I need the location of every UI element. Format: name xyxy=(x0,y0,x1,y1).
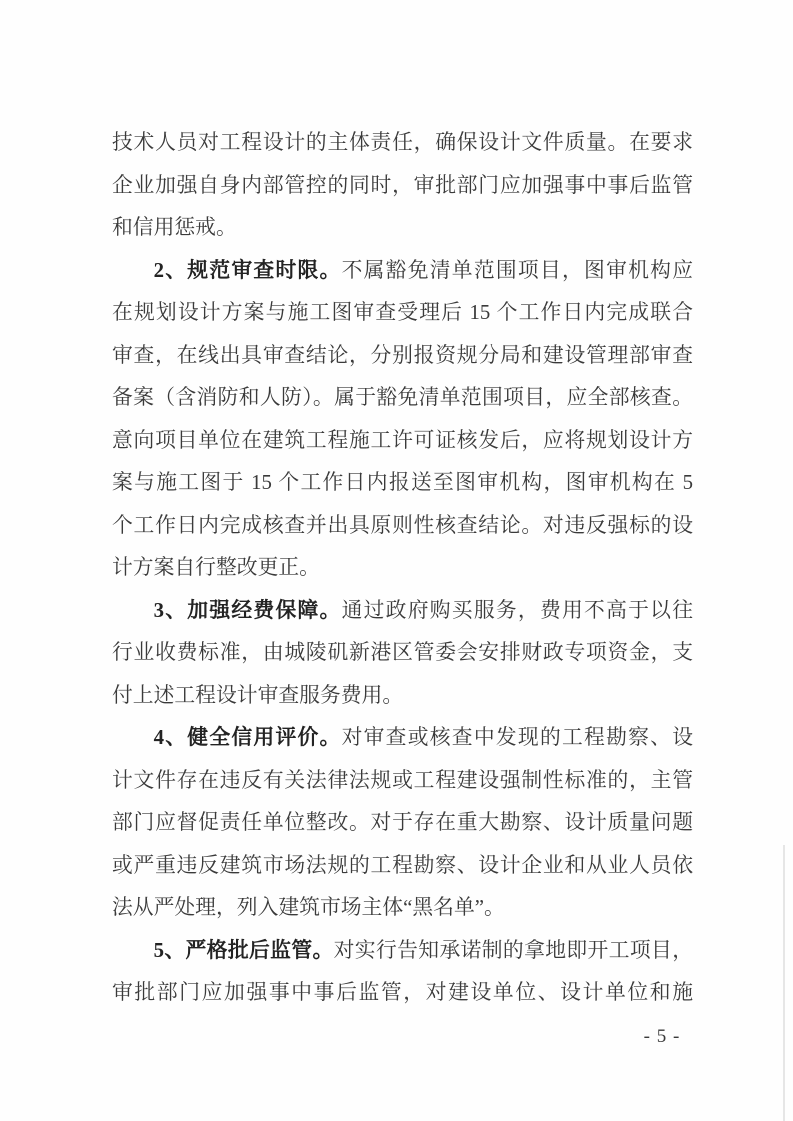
text-segment: 技术人员对工程设计的主体责任，确保设计文件质量。在要求 xyxy=(112,131,693,154)
text-segment: 对实行告知承诺制的拿地即开工项目， xyxy=(334,939,693,962)
text-line: 审查，在线出具审查结论，分别报资规分局和建设管理部审查 xyxy=(112,335,693,378)
text-line: 审批部门应加强事中事后监管，对建设单位、设计单位和施 xyxy=(112,972,693,1015)
text-segment: 审批部门应加强事中事后监管，对建设单位、设计单位和施 xyxy=(112,981,693,1004)
text-segment: 付上述工程设计审查服务费用。 xyxy=(112,684,403,707)
text-line: 计文件存在违反有关法律法规或工程建设强制性标准的，主管 xyxy=(112,760,693,803)
section-heading: 3、加强经费保障。 xyxy=(154,599,342,622)
text-segment: 审查，在线出具审查结论，分别报资规分局和建设管理部审查 xyxy=(112,344,693,367)
text-segment: 行业收费标准，由城陵矶新港区管委会安排财政专项资金，支 xyxy=(112,641,693,664)
text-segment: 在规划设计方案与施工图审查受理后 15 个工作日内完成联合 xyxy=(112,301,693,324)
text-segment: 或严重违反建筑市场法规的工程勘察、设计企业和从业人员依 xyxy=(112,854,693,877)
scan-edge-artifact-line xyxy=(783,845,785,1121)
text-segment: 部门应督促责任单位整改。对于存在重大勘察、设计质量问题 xyxy=(112,811,693,834)
text-segment: 法从严处理，列入建筑市场主体“黑名单”。 xyxy=(112,896,505,919)
text-line: 在规划设计方案与施工图审查受理后 15 个工作日内完成联合 xyxy=(112,292,693,335)
text-line: 案与施工图于 15 个工作日内报送至图审机构，图审机构在 5 xyxy=(112,462,693,505)
text-line: 部门应督促责任单位整改。对于存在重大勘察、设计质量问题 xyxy=(112,802,693,845)
paragraph-heading-line: 5、严格批后监管。对实行告知承诺制的拿地即开工项目， xyxy=(112,930,693,973)
text-segment: 不属豁免清单范围项目，图审机构应 xyxy=(342,259,693,282)
text-line: 意向项目单位在建筑工程施工许可证核发后，应将规划设计方 xyxy=(112,420,693,463)
paragraph-heading-line: 4、健全信用评价。对审查或核查中发现的工程勘察、设 xyxy=(112,717,693,760)
text-segment: 计文件存在违反有关法律法规或工程建设强制性标准的，主管 xyxy=(112,769,693,792)
text-segment: 个工作日内完成核查并出具原则性核查结论。对违反强标的设 xyxy=(112,514,693,537)
text-segment: 计方案自行整改更正。 xyxy=(112,556,320,579)
text-line: 计方案自行整改更正。 xyxy=(112,547,693,590)
text-segment: 意向项目单位在建筑工程施工许可证核发后，应将规划设计方 xyxy=(112,429,693,452)
text-segment: 案与施工图于 15 个工作日内报送至图审机构，图审机构在 5 xyxy=(112,471,693,494)
paragraph-heading-line: 2、规范审查时限。不属豁免清单范围项目，图审机构应 xyxy=(112,250,693,293)
text-line: 企业加强自身内部管控的同时，审批部门应加强事中事后监管 xyxy=(112,165,693,208)
section-heading: 5、严格批后监管。 xyxy=(154,939,334,962)
page-number: - 5 - xyxy=(630,1026,694,1048)
text-line: 技术人员对工程设计的主体责任，确保设计文件质量。在要求 xyxy=(112,122,693,165)
text-line: 行业收费标准，由城陵矶新港区管委会安排财政专项资金，支 xyxy=(112,632,693,675)
paragraph-heading-line: 3、加强经费保障。通过政府购买服务，费用不高于以往 xyxy=(112,590,693,633)
text-line: 和信用惩戒。 xyxy=(112,207,693,250)
text-segment: 企业加强自身内部管控的同时，审批部门应加强事中事后监管 xyxy=(112,174,693,197)
text-segment: 通过政府购买服务，费用不高于以往 xyxy=(342,599,693,622)
document-body: 技术人员对工程设计的主体责任，确保设计文件质量。在要求企业加强自身内部管控的同时… xyxy=(112,122,693,1015)
text-line: 法从严处理，列入建筑市场主体“黑名单”。 xyxy=(112,887,693,930)
text-segment: 备案（含消防和人防）。属于豁免清单范围项目，应全部核查。 xyxy=(112,386,693,409)
text-line: 付上述工程设计审查服务费用。 xyxy=(112,675,693,718)
section-heading: 2、规范审查时限。 xyxy=(154,259,342,282)
section-heading: 4、健全信用评价。 xyxy=(154,726,342,749)
text-segment: 和信用惩戒。 xyxy=(112,216,237,239)
text-line: 或严重违反建筑市场法规的工程勘察、设计企业和从业人员依 xyxy=(112,845,693,888)
text-segment: 对审查或核查中发现的工程勘察、设 xyxy=(342,726,693,749)
text-line: 备案（含消防和人防）。属于豁免清单范围项目，应全部核查。 xyxy=(112,377,693,420)
document-page: 技术人员对工程设计的主体责任，确保设计文件质量。在要求企业加强自身内部管控的同时… xyxy=(0,0,793,1121)
text-line: 个工作日内完成核查并出具原则性核查结论。对违反强标的设 xyxy=(112,505,693,548)
